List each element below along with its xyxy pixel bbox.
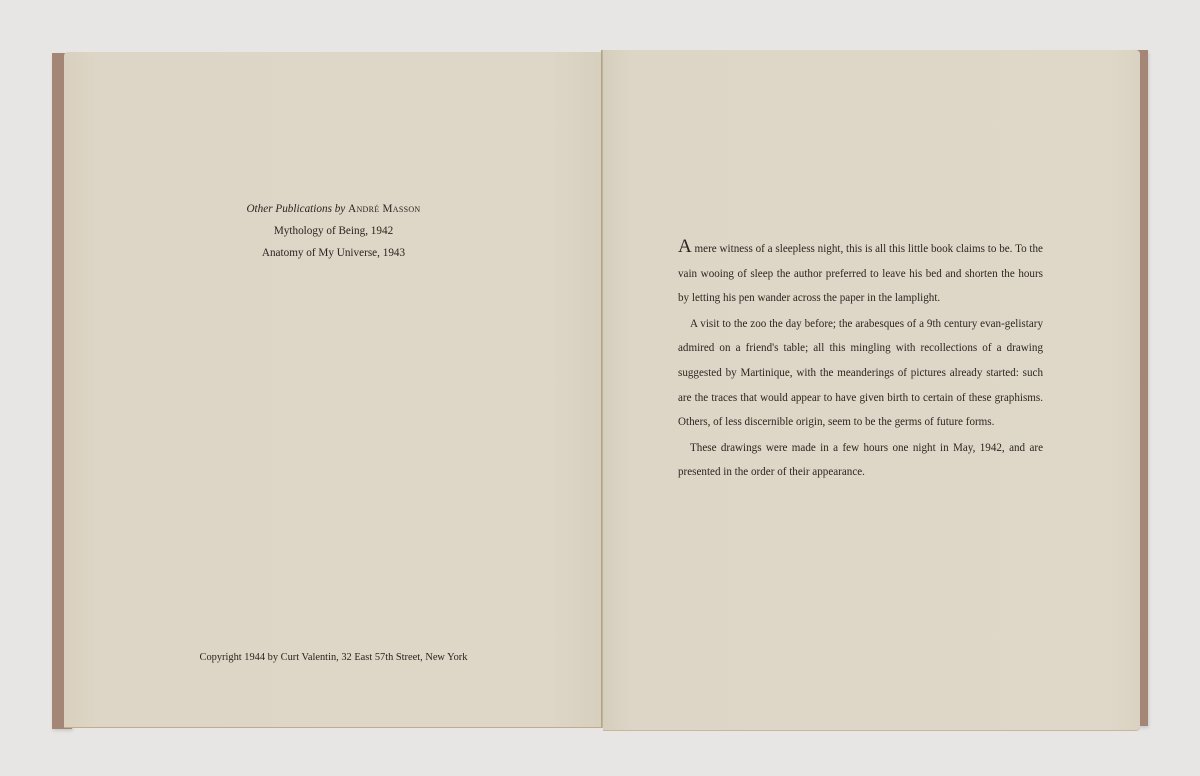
preface-paragraph: A visit to the zoo the day before; the a… <box>678 312 1043 435</box>
copyright-notice: Copyright 1944 by Curt Valentin, 32 East… <box>64 652 603 663</box>
publication-item: Mythology of Being, 1942 <box>64 220 603 242</box>
drop-cap: A <box>678 236 692 257</box>
preface-paragraph: These drawings were made in a few hours … <box>678 436 1043 485</box>
paragraph-text: mere witness of a sleepless night, this … <box>678 243 1043 304</box>
publications-heading-label: Other Publications by <box>246 203 345 215</box>
right-page: A mere witness of a sleepless night, thi… <box>603 50 1140 730</box>
preface-paragraph: A mere witness of a sleepless night, thi… <box>678 237 1043 311</box>
left-page: Other Publications by André Masson Mytho… <box>64 52 603 727</box>
publications-heading: Other Publications by André Masson <box>64 198 603 220</box>
preface-text: A mere witness of a sleepless night, thi… <box>678 237 1043 485</box>
other-publications-block: Other Publications by André Masson Mytho… <box>64 198 603 264</box>
author-name: André Masson <box>348 203 420 215</box>
publication-item: Anatomy of My Universe, 1943 <box>64 242 603 264</box>
